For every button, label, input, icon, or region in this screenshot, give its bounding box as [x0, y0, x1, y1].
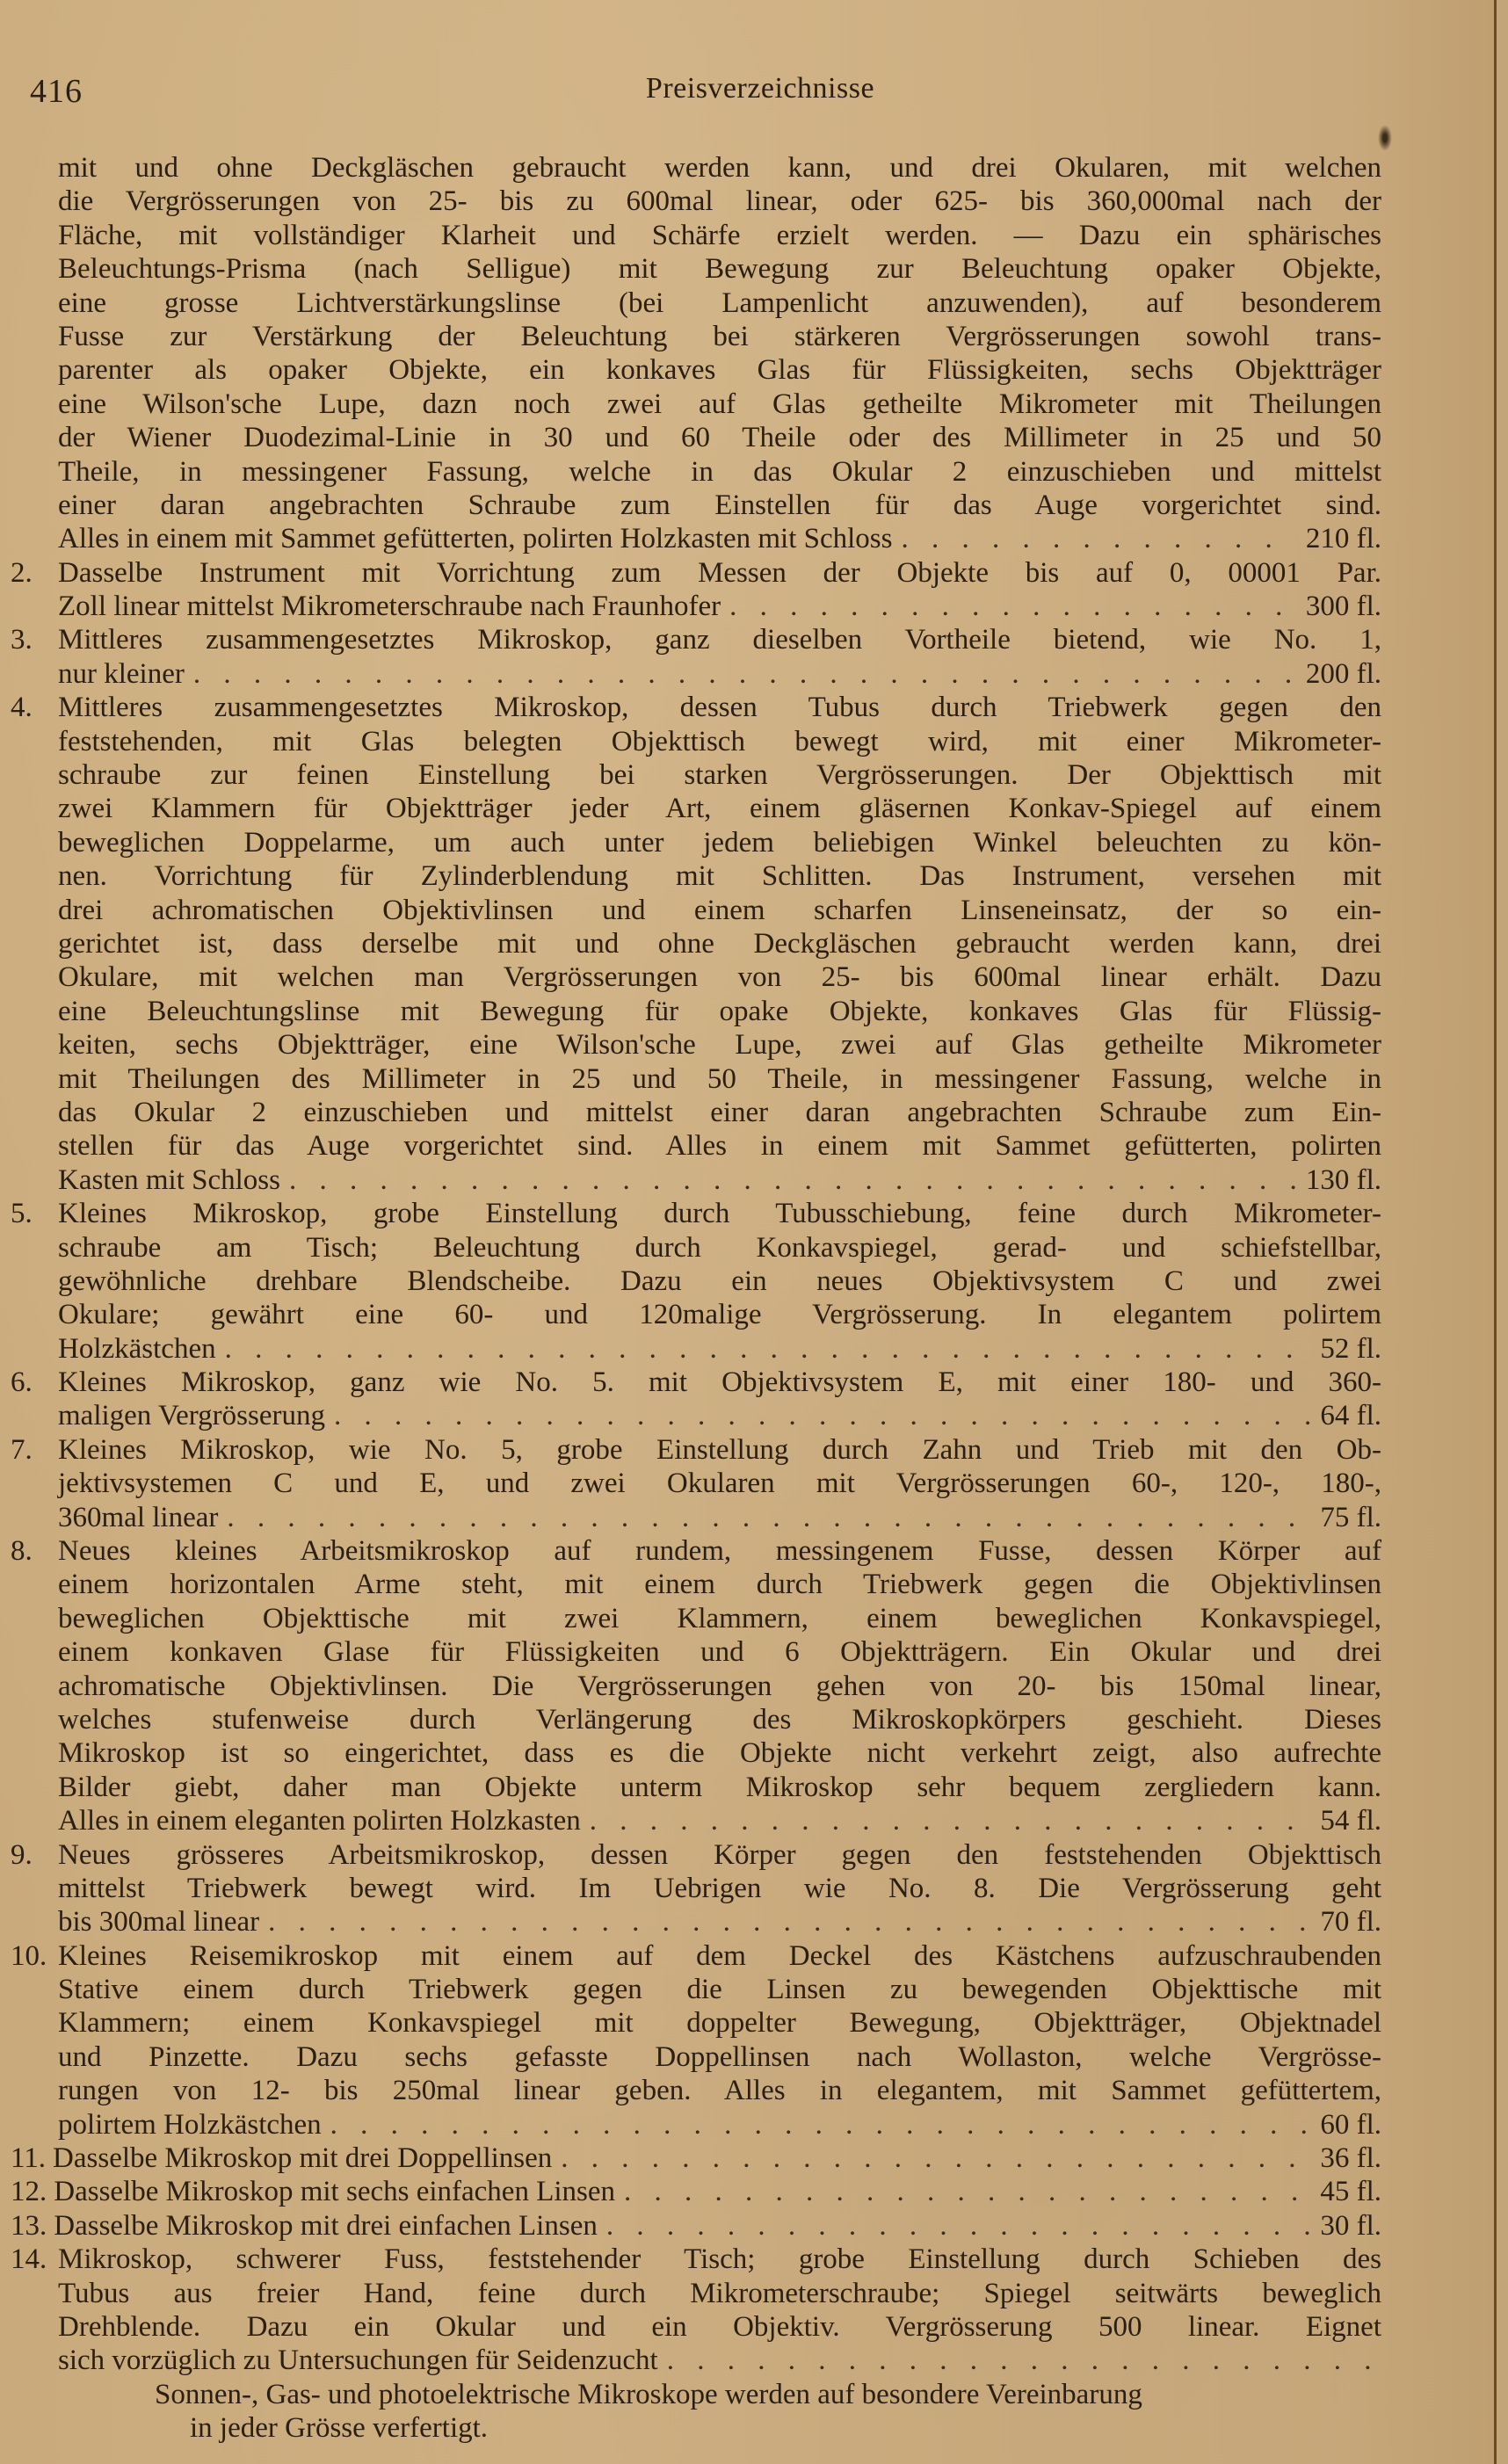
text-line: und Pinzette. Dazu sechs gefasste Doppel…: [58, 2040, 1381, 2074]
line-text: Fusse zur Verstärkung der Beleuchtung be…: [58, 320, 1381, 353]
text-line: drei achromatischen Objektivlinsen und e…: [58, 894, 1381, 927]
item-number: 4.: [11, 691, 58, 724]
price-line: Kasten mit Schloss. . . . . . . . . . . …: [58, 1163, 1381, 1197]
leader-dots: . . . . . . . . . . . . . . . . . . . . …: [268, 1905, 1311, 1939]
price-list-item: 6.Kleines Mikroskop, ganz wie No. 5. mit…: [58, 1366, 1381, 1433]
text-line: 4.Mittleres zusammengesetztes Mikroskop,…: [58, 691, 1381, 724]
price-list-item: 9.Neues grösseres Arbeitsmikroskop, dess…: [58, 1838, 1381, 1939]
line-text: Kleines Mikroskop, wie No. 5, grobe Eins…: [58, 1433, 1381, 1467]
line-text: einem konkaven Glase für Flüssigkeiten u…: [58, 1635, 1381, 1669]
text-line: 8.Neues kleines Arbeitsmikroskop auf run…: [58, 1534, 1381, 1568]
line-text: Kleines Mikroskop, grobe Einstellung dur…: [58, 1197, 1381, 1230]
line-text: Dasselbe Instrument mit Vorrichtung zum …: [58, 556, 1381, 590]
text-line: Okulare, mit welchen man Vergrösserungen…: [58, 960, 1381, 994]
line-text: und Pinzette. Dazu sechs gefasste Doppel…: [58, 2040, 1381, 2074]
line-text: eine Wilson'sche Lupe, dazn noch zwei au…: [58, 388, 1381, 421]
line-text: Tubus aus freier Hand, feine durch Mikro…: [58, 2277, 1381, 2310]
text-line: 14.Mikroskop, schwerer Fuss, feststehend…: [58, 2243, 1381, 2276]
price-list-item: 3.Mittleres zusammengesetztes Mikroskop,…: [58, 623, 1381, 691]
line-text: Dasselbe Mikroskop mit drei Doppellinsen: [53, 2142, 552, 2175]
text-line: Mikroskop ist so eingerichtet, dass es d…: [58, 1736, 1381, 1770]
text-line: 10.Kleines Reisemikroskop mit einem auf …: [58, 1939, 1381, 1973]
text-line: das Okular 2 einzuschieben und mittelst …: [58, 1096, 1381, 1129]
price-line: Holzkästchen. . . . . . . . . . . . . . …: [58, 1332, 1381, 1366]
line-text: Dasselbe Mikroskop mit drei einfachen Li…: [54, 2209, 598, 2243]
leader-dots: . . . . . . . . . . . . . . . . . . . . …: [330, 2108, 1312, 2142]
text-line: einem konkaven Glase für Flüssigkeiten u…: [58, 1635, 1381, 1669]
price: 30 fl.: [1320, 2209, 1381, 2243]
leader-dots: . . . . . . . . . . . . . . . . . . . . …: [624, 2175, 1311, 2208]
leader-dots: . . . . . . . . . . . . . . . . . . . . …: [561, 2142, 1311, 2175]
text-line: Fläche, mit vollständiger Klarheit und S…: [58, 219, 1381, 252]
price: 75 fl.: [1320, 1501, 1381, 1534]
price-line: nur kleiner. . . . . . . . . . . . . . .…: [58, 657, 1381, 691]
line-text: Zoll linear mittelst Mikrometerschraube …: [58, 590, 721, 623]
line-text: mit und ohne Deckgläschen gebraucht werd…: [58, 151, 1381, 185]
text-line: eine Beleuchtungslinse mit Bewegung für …: [58, 995, 1381, 1028]
price-line: Alles in einem mit Sammet gefütterten, p…: [58, 522, 1381, 555]
footnote-line-2: in jeder Grösse verfertigt.: [58, 2411, 1381, 2445]
line-text: einer daran angebrachten Schraube zum Ei…: [58, 489, 1381, 522]
line-text: polirtem Holzkästchen: [58, 2108, 322, 2142]
price: 300 fl.: [1306, 590, 1381, 623]
price: 64 fl.: [1320, 1399, 1381, 1432]
leader-dots: . . . . . . . . . . . . . . . . . . . . …: [667, 2344, 1373, 2377]
line-text: drei achromatischen Objektivlinsen und e…: [58, 894, 1381, 927]
line-text: gerichtet ist, dass derselbe mit und ohn…: [58, 927, 1381, 960]
text-line: 5.Kleines Mikroskop, grobe Einstellung d…: [58, 1197, 1381, 1230]
price-line: 11.Dasselbe Mikroskop mit drei Doppellin…: [58, 2142, 1381, 2175]
line-text: schraube am Tisch; Beleuchtung durch Kon…: [58, 1231, 1381, 1265]
line-text: einem horizontalen Arme steht, mit einem…: [58, 1568, 1381, 1601]
text-line: keiten, sechs Objektträger, eine Wilson'…: [58, 1028, 1381, 1062]
text-line: schraube am Tisch; Beleuchtung durch Kon…: [58, 1231, 1381, 1265]
leader-dots: . . . . . . . . . . . . . . . . . . . . …: [729, 590, 1297, 623]
line-text: Okulare; gewährt eine 60- und 120malige …: [58, 1298, 1381, 1331]
text-line: mittelst Triebwerk bewegt wird. Im Uebri…: [58, 1872, 1381, 1905]
text-line: beweglichen Objekttische mit zwei Klamme…: [58, 1602, 1381, 1635]
price-list-item: 2.Dasselbe Instrument mit Vorrichtung zu…: [58, 556, 1381, 624]
leader-dots: . . . . . . . . . . . . . . . . . . . . …: [902, 522, 1297, 555]
line-text: die Vergrösserungen von 25- bis zu 600ma…: [58, 185, 1381, 218]
line-text: Stative einem durch Triebwerk gegen die …: [58, 1973, 1381, 2006]
item-number: 9.: [11, 1838, 58, 1872]
line-text: Mittleres zusammengesetztes Mikroskop, d…: [58, 691, 1381, 724]
price-list-item: 8.Neues kleines Arbeitsmikroskop auf run…: [58, 1534, 1381, 1838]
line-text: gewöhnliche drehbare Blendscheibe. Dazu …: [58, 1265, 1381, 1298]
text-line: einem horizontalen Arme steht, mit einem…: [58, 1568, 1381, 1601]
line-text: Kasten mit Schloss: [58, 1163, 280, 1197]
price: 36 fl.: [1320, 2142, 1381, 2175]
text-line: eine grosse Lichtverstärkungslinse (bei …: [58, 286, 1381, 320]
line-text: feststehenden, mit Glas belegten Objektt…: [58, 725, 1381, 758]
item-number: 3.: [11, 623, 58, 656]
running-head: 416 Preisverzeichnisse: [30, 72, 1478, 116]
text-line: jektivsystemen C und E, und zwei Okulare…: [58, 1467, 1381, 1500]
line-text: mittelst Triebwerk bewegt wird. Im Uebri…: [58, 1872, 1381, 1905]
text-line: Drehblende. Dazu ein Okular und ein Obje…: [58, 2310, 1381, 2344]
line-text: Fläche, mit vollständiger Klarheit und S…: [58, 219, 1381, 252]
price-line: Zoll linear mittelst Mikrometerschraube …: [58, 590, 1381, 623]
leader-dots: . . . . . . . . . . . . . . . . . . . . …: [590, 1804, 1312, 1837]
line-text: Theile, in messingener Fassung, welche i…: [58, 455, 1381, 489]
line-text: schraube zur feinen Einstellung bei star…: [58, 758, 1381, 792]
line-text: 360mal linear: [58, 1501, 218, 1534]
leader-dots: . . . . . . . . . . . . . . . . . . . . …: [225, 1332, 1312, 1366]
price-line: maligen Vergrösserung. . . . . . . . . .…: [58, 1399, 1381, 1432]
line-text: jektivsystemen C und E, und zwei Okulare…: [58, 1467, 1381, 1500]
line-text: Mikroskop ist so eingerichtet, dass es d…: [58, 1736, 1381, 1770]
text-line: Tubus aus freier Hand, feine durch Mikro…: [58, 2277, 1381, 2310]
line-text: Dasselbe Mikroskop mit sechs einfachen L…: [54, 2175, 615, 2208]
text-line: Beleuchtungs-Prisma (nach Selligue) mit …: [58, 252, 1381, 286]
line-text: eine Beleuchtungslinse mit Bewegung für …: [58, 995, 1381, 1028]
text-line: Stative einem durch Triebwerk gegen die …: [58, 1973, 1381, 2006]
text-line: die Vergrösserungen von 25- bis zu 600ma…: [58, 185, 1381, 218]
leader-dots: . . . . . . . . . . . . . . . . . . . . …: [289, 1163, 1297, 1197]
line-text: zwei Klammern für Objektträger jeder Art…: [58, 792, 1381, 825]
price-list-item: 11.Dasselbe Mikroskop mit drei Doppellin…: [58, 2142, 1381, 2175]
price-list-item: 14.Mikroskop, schwerer Fuss, feststehend…: [58, 2243, 1381, 2378]
line-text: das Okular 2 einzuschieben und mittelst …: [58, 1096, 1381, 1129]
line-text: nur kleiner: [58, 657, 185, 691]
text-line: 9.Neues grösseres Arbeitsmikroskop, dess…: [58, 1838, 1381, 1872]
price-line: bis 300mal linear. . . . . . . . . . . .…: [58, 1905, 1381, 1939]
line-text: eine grosse Lichtverstärkungslinse (bei …: [58, 286, 1381, 320]
price-line: 360mal linear. . . . . . . . . . . . . .…: [58, 1501, 1381, 1534]
line-text: bis 300mal linear: [58, 1905, 259, 1939]
price: 52 fl.: [1320, 1332, 1381, 1366]
text-line: zwei Klammern für Objektträger jeder Art…: [58, 792, 1381, 825]
price-line: 13.Dasselbe Mikroskop mit drei einfachen…: [58, 2209, 1381, 2243]
next-page-edge: [1497, 0, 1508, 2464]
text-line: beweglichen Doppelarme, um auch unter je…: [58, 826, 1381, 859]
price-list-item: 4.Mittleres zusammengesetztes Mikroskop,…: [58, 691, 1381, 1197]
item-number: 8.: [11, 1534, 58, 1568]
line-text: der Wiener Duodezimal-Linie in 30 und 60…: [58, 421, 1381, 454]
price-list: mit und ohne Deckgläschen gebraucht werd…: [58, 151, 1381, 2446]
line-text: Okulare, mit welchen man Vergrösserungen…: [58, 960, 1381, 994]
item-number: 6.: [11, 1366, 58, 1399]
item-number: 13.: [11, 2209, 54, 2243]
line-text: Holzkästchen: [58, 1332, 216, 1366]
price: 60 fl.: [1320, 2108, 1381, 2142]
price-list-item: 7.Kleines Mikroskop, wie No. 5, grobe Ei…: [58, 1433, 1381, 1534]
line-text: welches stufenweise durch Verlängerung d…: [58, 1703, 1381, 1736]
text-line: Okulare; gewährt eine 60- und 120malige …: [58, 1298, 1381, 1331]
price-list-item: 10.Kleines Reisemikroskop mit einem auf …: [58, 1939, 1381, 2142]
price: 45 fl.: [1320, 2175, 1381, 2208]
line-text: Kleines Mikroskop, ganz wie No. 5. mit O…: [58, 1366, 1381, 1399]
item-number: 11.: [11, 2142, 53, 2175]
line-text: Alles in einem mit Sammet gefütterten, p…: [58, 522, 893, 555]
text-line: einer daran angebrachten Schraube zum Ei…: [58, 489, 1381, 522]
line-text: parenter als opaker Objekte, ein konkave…: [58, 353, 1381, 387]
price-line: 12.Dasselbe Mikroskop mit sechs einfache…: [58, 2175, 1381, 2208]
item-number: 12.: [11, 2175, 54, 2208]
price: 70 fl.: [1320, 1905, 1381, 1939]
leader-dots: . . . . . . . . . . . . . . . . . . . . …: [606, 2209, 1311, 2243]
line-text: beweglichen Doppelarme, um auch unter je…: [58, 826, 1381, 859]
text-line: 7.Kleines Mikroskop, wie No. 5, grobe Ei…: [58, 1433, 1381, 1467]
text-line: rungen von 12- bis 250mal linear geben. …: [58, 2074, 1381, 2107]
line-text: mit Theilungen des Millimeter in 25 und …: [58, 1062, 1381, 1096]
text-line: Klammern; einem Konkavspiegel mit doppel…: [58, 2006, 1381, 2040]
leader-dots: . . . . . . . . . . . . . . . . . . . . …: [334, 1399, 1311, 1432]
item-number: 10.: [11, 1939, 58, 1973]
line-text: Drehblende. Dazu ein Okular und ein Obje…: [58, 2310, 1381, 2344]
text-line: 6.Kleines Mikroskop, ganz wie No. 5. mit…: [58, 1366, 1381, 1399]
price-list-item: 13.Dasselbe Mikroskop mit drei einfachen…: [58, 2209, 1381, 2243]
line-text: Mikroskop, schwerer Fuss, feststehender …: [58, 2243, 1381, 2276]
running-title: Preisverzeichnisse: [30, 72, 1478, 105]
text-line: Fusse zur Verstärkung der Beleuchtung be…: [58, 320, 1381, 353]
price: 54 fl.: [1320, 1804, 1381, 1837]
line-text: nen. Vorrichtung für Zylinderblendung mi…: [58, 859, 1381, 893]
line-text: Klammern; einem Konkavspiegel mit doppel…: [58, 2006, 1381, 2040]
text-line: achromatische Objektivlinsen. Die Vergrö…: [58, 1670, 1381, 1703]
item-number: 7.: [11, 1433, 58, 1467]
leader-dots: . . . . . . . . . . . . . . . . . . . . …: [227, 1501, 1311, 1534]
line-text: achromatische Objektivlinsen. Die Vergrö…: [58, 1670, 1381, 1703]
price-line: sich vorzüglich zu Untersuchungen für Se…: [58, 2344, 1381, 2377]
price: 210 fl.: [1306, 522, 1381, 555]
item-number: 5.: [11, 1197, 58, 1230]
price-line: polirtem Holzkästchen. . . . . . . . . .…: [58, 2108, 1381, 2142]
text-line: der Wiener Duodezimal-Linie in 30 und 60…: [58, 421, 1381, 454]
text-line: Theile, in messingener Fassung, welche i…: [58, 455, 1381, 489]
price: 200 fl.: [1306, 657, 1381, 691]
footnote-line-1: Sonnen-, Gas- und photoelektrische Mikro…: [58, 2378, 1381, 2411]
line-text: sich vorzüglich zu Untersuchungen für Se…: [58, 2344, 658, 2377]
text-line: gewöhnliche drehbare Blendscheibe. Dazu …: [58, 1265, 1381, 1298]
text-line: 3.Mittleres zusammengesetztes Mikroskop,…: [58, 623, 1381, 656]
text-line: mit Theilungen des Millimeter in 25 und …: [58, 1062, 1381, 1096]
line-text: Alles in einem eleganten polirten Holzka…: [58, 1804, 581, 1837]
text-line: welches stufenweise durch Verlängerung d…: [58, 1703, 1381, 1736]
price-line: Alles in einem eleganten polirten Holzka…: [58, 1804, 1381, 1837]
item-number: 2.: [11, 556, 58, 590]
line-text: rungen von 12- bis 250mal linear geben. …: [58, 2074, 1381, 2107]
text-line: parenter als opaker Objekte, ein konkave…: [58, 353, 1381, 387]
text-line: schraube zur feinen Einstellung bei star…: [58, 758, 1381, 792]
leader-dots: . . . . . . . . . . . . . . . . . . . . …: [193, 657, 1297, 691]
line-text: Beleuchtungs-Prisma (nach Selligue) mit …: [58, 252, 1381, 286]
text-line: feststehenden, mit Glas belegten Objektt…: [58, 725, 1381, 758]
text-line: nen. Vorrichtung für Zylinderblendung mi…: [58, 859, 1381, 893]
item-number: 14.: [11, 2243, 58, 2276]
text-line: mit und ohne Deckgläschen gebraucht werd…: [58, 151, 1381, 185]
line-text: Neues kleines Arbeitsmikroskop auf runde…: [58, 1534, 1381, 1568]
line-text: Mittleres zusammengesetztes Mikroskop, g…: [58, 623, 1381, 656]
text-line: 2.Dasselbe Instrument mit Vorrichtung zu…: [58, 556, 1381, 590]
line-text: keiten, sechs Objektträger, eine Wilson'…: [58, 1028, 1381, 1062]
line-text: maligen Vergrösserung: [58, 1399, 325, 1432]
item-1-continuation: mit und ohne Deckgläschen gebraucht werd…: [58, 151, 1381, 556]
ink-spot: [1378, 125, 1392, 151]
line-text: Kleines Reisemikroskop mit einem auf dem…: [58, 1939, 1381, 1973]
price: 130 fl.: [1306, 1163, 1381, 1197]
text-line: Bilder giebt, daher man Objekte unterm M…: [58, 1771, 1381, 1804]
text-line: gerichtet ist, dass derselbe mit und ohn…: [58, 927, 1381, 960]
price-list-item: 5.Kleines Mikroskop, grobe Einstellung d…: [58, 1197, 1381, 1366]
line-text: stellen für das Auge vorgerichtet sind. …: [58, 1129, 1381, 1163]
line-text: beweglichen Objekttische mit zwei Klamme…: [58, 1602, 1381, 1635]
price-list-items: 2.Dasselbe Instrument mit Vorrichtung zu…: [58, 556, 1381, 2378]
text-line: eine Wilson'sche Lupe, dazn noch zwei au…: [58, 388, 1381, 421]
line-text: Neues grösseres Arbeitsmikroskop, dessen…: [58, 1838, 1381, 1872]
price-list-item: 12.Dasselbe Mikroskop mit sechs einfache…: [58, 2175, 1381, 2208]
text-line: stellen für das Auge vorgerichtet sind. …: [58, 1129, 1381, 1163]
line-text: Bilder giebt, daher man Objekte unterm M…: [58, 1771, 1381, 1804]
